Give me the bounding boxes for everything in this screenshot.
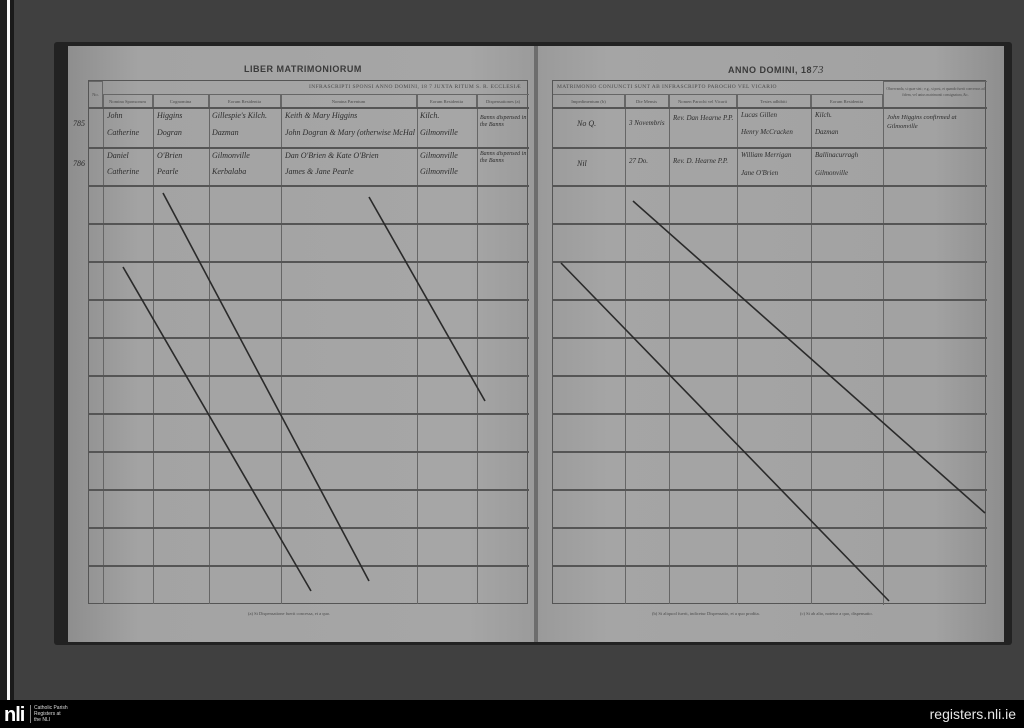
entry-2-groom-first: Daniel: [107, 151, 151, 160]
entry-2-bride-residence: Kerbalaba: [212, 167, 280, 176]
logo-divider: [30, 705, 31, 723]
col-header-residence: Eorum Residentia: [209, 94, 281, 107]
entry-1-groom-first: John: [107, 111, 151, 120]
col-header-no: No.: [89, 81, 103, 107]
entry-2-bride-parents-residence: Gilmonville: [420, 167, 476, 176]
entry-1-impediment: No Q.: [577, 119, 623, 128]
entry-2-witness-residence-1: Ballinacurragh: [815, 151, 881, 159]
left-register-grid: INFRASCRIPTI SPONSI ANNO DOMINI, 18 7 JU…: [88, 80, 528, 604]
entry-1-bride-residence: Dazman: [212, 128, 280, 137]
entry-2-number: 786: [73, 159, 85, 168]
entry-2-impediment: Nil: [577, 159, 623, 168]
col-header-surnames: Cognomina: [153, 94, 209, 107]
entry-1-priest: Rev. Dan Hearne P.P.: [673, 113, 735, 124]
right-footnote-b: (b) Si aliquod fuerit, indicetur Dispens…: [652, 611, 760, 616]
entry-1-bride-first: Catherine: [107, 128, 151, 137]
entry-2-bride-parents: James & Jane Pearle: [285, 167, 415, 176]
entry-2-groom-surname: O'Brien: [157, 151, 207, 160]
col-header-witnesses: Testes adhibiti: [737, 94, 811, 107]
left-page-title: LIBER MATRIMONIORUM: [244, 64, 362, 74]
right-page-title: ANNO DOMINI, 1873: [728, 64, 824, 76]
right-page: ANNO DOMINI, 1873 MATRIMONIO CONJUNCTI S…: [538, 46, 1004, 642]
entry-1-observations: John Higgins confirmed at Gilmonville: [887, 113, 985, 131]
entry-1-groom-parents-residence: Kilch.: [420, 111, 476, 120]
col-header-observations: Observanda, si quae sint ; e.g., si post…: [883, 81, 987, 107]
entry-1-witness-2: Henry McCracken: [741, 128, 809, 136]
left-footnote: (a) Si Dispensatione fuerit concessa, et…: [248, 611, 330, 616]
entry-2-date: 27 Do.: [629, 157, 669, 165]
col-header-dispensations: Dispensationes (a): [477, 94, 529, 107]
entry-1-number: 785: [73, 119, 85, 128]
entry-2-dispensations: Banns dispensed in the Banns: [480, 151, 527, 183]
handwritten-year: 73: [812, 64, 824, 76]
entry-2-witness-residence-2: Gilmonville: [815, 169, 881, 177]
entry-1-date: 3 Novembris: [629, 119, 669, 127]
entry-2-witness-2: Jane O'Brien: [741, 169, 809, 177]
scan-image-area[interactable]: LIBER MATRIMONIORUM INFRASCRIPTI SPONSI …: [14, 0, 1024, 700]
viewer-footer: nli Catholic Parish Registers at the NLI…: [0, 700, 1024, 728]
entry-1-groom-parents: Keith & Mary Higgins: [285, 111, 415, 120]
entry-2-groom-parents: Dan O'Brien & Kate O'Brien: [285, 151, 415, 160]
col-header-priest: Nomen Parochi vel Vicarii: [669, 94, 737, 107]
entry-2-groom-parents-residence: Gilmonville: [420, 151, 476, 160]
entry-2-witness-1: William Merrigan: [741, 151, 809, 159]
register-book: LIBER MATRIMONIORUM INFRASCRIPTI SPONSI …: [54, 42, 1012, 645]
left-page: LIBER MATRIMONIORUM INFRASCRIPTI SPONSI …: [68, 46, 538, 642]
entry-1-witness-residence-1: Kilch.: [815, 111, 881, 119]
col-header-names: Nomina Sponsorum: [103, 94, 153, 107]
left-banner: INFRASCRIPTI SPONSI ANNO DOMINI, 18 7 JU…: [169, 81, 525, 94]
registers-site-link[interactable]: registers.nli.ie: [930, 706, 1016, 722]
entry-1-witness-residence-2: Dazman: [815, 128, 881, 136]
entry-1-bride-parents-residence: Gilmonville: [420, 128, 476, 137]
entry-1-groom-surname: Higgins: [157, 111, 207, 120]
col-header-date: Die Mensis: [625, 94, 669, 107]
right-title-text: ANNO DOMINI, 18: [728, 65, 812, 75]
entry-2-groom-residence: Gilmonville: [212, 151, 280, 160]
right-banner: MATRIMONIO CONJUNCTI SUNT AB INFRASCRIPT…: [557, 81, 883, 94]
entry-2-priest: Rev. D. Hearne P.P.: [673, 157, 735, 165]
right-register-grid: MATRIMONIO CONJUNCTI SUNT AB INFRASCRIPT…: [552, 80, 986, 604]
nli-logo[interactable]: nli: [4, 705, 24, 725]
col-header-witness-residence: Eorum Residentia: [811, 94, 883, 107]
entry-1-bride-surname: Dogran: [157, 128, 207, 137]
entry-1-bride-parents: John Dogran & Mary (otherwise McHall): [285, 128, 415, 137]
nli-caption: Catholic Parish Registers at the NLI: [34, 705, 68, 723]
col-header-parents: Nomina Parentum: [281, 94, 417, 107]
entry-1-witness-1: Lucas Gillen: [741, 111, 809, 119]
col-header-impediment: Impedimentum (b): [553, 94, 625, 107]
entry-1-groom-residence: Gillespie's Kilch.: [212, 111, 280, 120]
entry-1-dispensations: Banns dispensed in the Banns: [480, 115, 527, 145]
nli-caption-line-3: the NLI: [34, 717, 68, 723]
right-footnote-c: (c) Si ab alio, notetur a quo, dispensat…: [800, 611, 873, 616]
col-header-parents-residence: Eorum Residentia: [417, 94, 477, 107]
viewer-left-edge: [0, 0, 14, 700]
entry-2-bride-surname: Pearle: [157, 167, 207, 176]
entry-2-bride-first: Catherine: [107, 167, 151, 176]
